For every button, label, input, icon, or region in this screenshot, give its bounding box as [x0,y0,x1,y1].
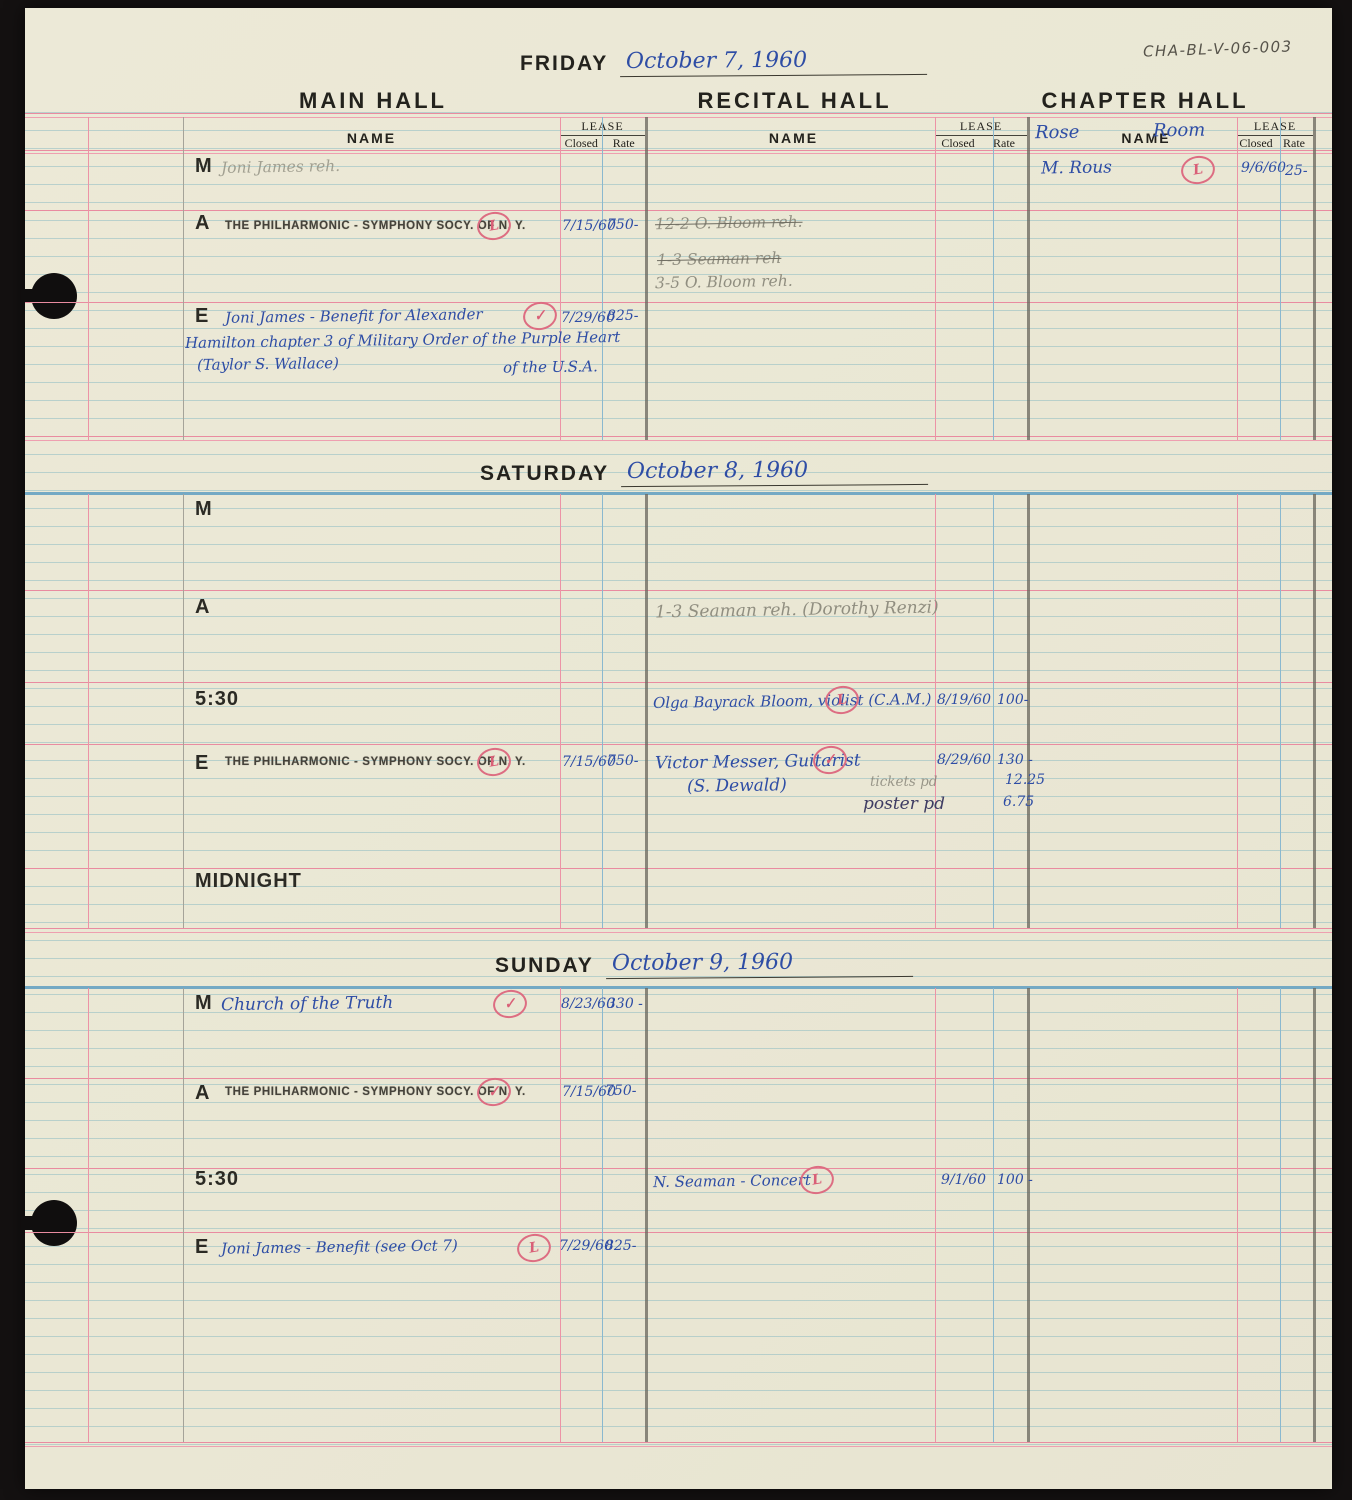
col-header-name-chapter: NAME [1055,130,1237,146]
rule-line [25,150,1332,151]
col-line [560,117,561,440]
slot-label-evening: E [195,1236,209,1259]
entry-main-evening: Joni James - Benefit (see Oct 7) [221,1236,458,1257]
hall-title-recital: RECITAL HALL [652,88,937,114]
day-date-handwritten: October 8, 1960 [621,457,928,487]
col-line [560,988,561,1442]
col-line [1313,988,1316,1442]
ruled-lines [25,112,1332,1461]
rule-line [25,440,1332,441]
slot-label-afternoon: A [195,212,210,235]
rate-amount: 750- [605,1083,636,1099]
col-line [88,988,89,1442]
annotation-tickets-amount: 12.25 [1005,772,1045,788]
hall-title-main: MAIN HALL [183,88,563,114]
rule-line [25,932,1332,933]
entry-main-evening-3: (Taylor S. Wallace) [197,354,339,374]
col-line [1027,494,1030,928]
lease-label: LEASE [1237,119,1313,136]
slot-label-midnight: MIDNIGHT [195,870,302,893]
col-line [935,494,936,928]
rule-line [25,436,1332,437]
col-line [602,117,603,440]
col-line [645,494,648,928]
rate-amount: 825- [607,308,638,324]
col-line [602,988,603,1442]
col-header-name-recital: NAME [652,130,935,146]
day-label: FRIDAY [520,52,608,76]
col-line [1280,988,1281,1442]
entry-main-morning: Joni James reh. [221,157,340,177]
col-line [88,117,89,440]
day-header-sunday: SUNDAY October 9, 1960 [495,950,913,978]
closed-label: Closed [935,136,981,151]
ledger-paper: CHA-BL-V-06-003 FRIDAY October 7, 1960 M… [25,8,1332,1489]
col-line [602,494,603,928]
entry-recital-afternoon-3: 3-5 O. Bloom reh. [655,272,793,292]
rule-line [25,302,1332,303]
punch-hole-top [31,273,77,319]
lease-header-chapter: LEASE Closed Rate [1237,119,1313,151]
closed-date: 9/1/60 [941,1172,986,1188]
slot-label-530: 5:30 [195,688,239,711]
slot-label-evening: E [195,752,209,775]
rule-line [25,590,1332,591]
col-line [1027,117,1030,440]
col-line [645,988,648,1442]
rule-line [25,744,1332,745]
col-line [183,117,184,440]
rate-amount: 750- [607,217,638,233]
col-line [183,988,184,1442]
chapter-name-annotation-left: Rose [1035,122,1080,144]
day-label: SATURDAY [480,462,609,486]
entry-recital-afternoon-1: 12-2 O. Bloom reh. [655,213,803,234]
day-header-friday: FRIDAY October 7, 1960 [520,48,927,76]
col-line [1313,117,1316,440]
rate-label: Rate [603,136,646,151]
col-line [88,494,89,928]
rule-line [25,1442,1332,1443]
slot-label-evening: E [195,305,209,328]
col-line [993,988,994,1442]
col-line [1237,494,1238,928]
rule-line [25,1446,1332,1447]
slot-label-afternoon: A [195,596,210,619]
rate-amount: 100 - [997,1172,1033,1188]
rule-line [25,868,1332,869]
entry-main-morning: Church of the Truth [221,993,394,1015]
col-line [1237,117,1238,440]
col-line [1027,988,1030,1442]
annotation-poster-amount: 6.75 [1003,794,1034,810]
slot-label-afternoon: A [195,1082,210,1105]
col-line [1280,494,1281,928]
col-line [993,117,994,440]
col-line [993,494,994,928]
entry-main-evening-4: of the U.S.A. [503,357,598,376]
day-date-handwritten: October 7, 1960 [620,47,927,77]
col-line [645,117,648,440]
entry-recital-530: N. Seaman - Concert [653,1171,811,1191]
lease-label: LEASE [935,119,1027,136]
slot-label-530: 5:30 [195,1168,239,1191]
rate-amount: 100- [997,692,1028,708]
rate-amount: 130 - [997,752,1033,768]
section-top-line [25,986,1332,989]
closed-label: Closed [1237,136,1275,151]
col-line [1313,494,1316,928]
closed-date: 8/19/60 [937,692,991,708]
day-label: SUNDAY [495,954,594,978]
annotation-tickets-label: tickets pd [870,774,937,790]
rate-amount: 750- [607,753,638,769]
slot-label-morning: M [195,498,213,521]
col-line [935,117,936,440]
slot-label-morning: M [195,155,213,178]
archive-code: CHA-BL-V-06-003 [1143,37,1293,60]
col-header-name-main: NAME [183,130,560,146]
punch-hole-bottom [31,1200,77,1246]
day-date-handwritten: October 9, 1960 [606,949,913,979]
lease-header-recital: LEASE Closed Rate [935,119,1027,151]
rule-line [25,682,1332,683]
entry-main-evening-1: Joni James - Benefit for Alexander [225,305,483,327]
rule-line [25,1232,1332,1233]
rule-line [25,928,1332,929]
hall-title-chapter: CHAPTER HALL [1010,88,1280,114]
rate-label: Rate [981,136,1027,151]
entry-recital-afternoon-2: 1-3 Seaman reh [657,249,782,269]
col-line [1237,988,1238,1442]
entry-chapter-morning: M. Rous [1041,158,1112,179]
section-top-line [25,492,1332,495]
annotation-poster-label: poster pd [863,794,945,814]
col-line [183,494,184,928]
closed-date: 9/6/60 [1241,160,1286,176]
day-header-saturday: SATURDAY October 8, 1960 [480,458,928,486]
rate-amount: 25- [1285,163,1308,179]
rate-amount: 825- [605,1238,636,1254]
rule-line [25,210,1332,211]
rule-line [25,113,1332,114]
closed-date: 8/29/60 [937,752,991,768]
closed-label: Closed [560,136,603,151]
rule-line [25,153,1332,154]
scanned-ledger-photo: CHA-BL-V-06-003 FRIDAY October 7, 1960 M… [0,0,1352,1500]
chapter-name-annotation-right: Room [1153,120,1206,142]
col-line [935,988,936,1442]
slot-label-morning: M [195,992,213,1015]
rule-line [25,1078,1332,1079]
rate-amount: 330 - [607,996,643,1012]
rule-line [25,117,1332,118]
col-line [560,494,561,928]
entry-recital-evening-2: (S. Dewald) [687,775,787,796]
